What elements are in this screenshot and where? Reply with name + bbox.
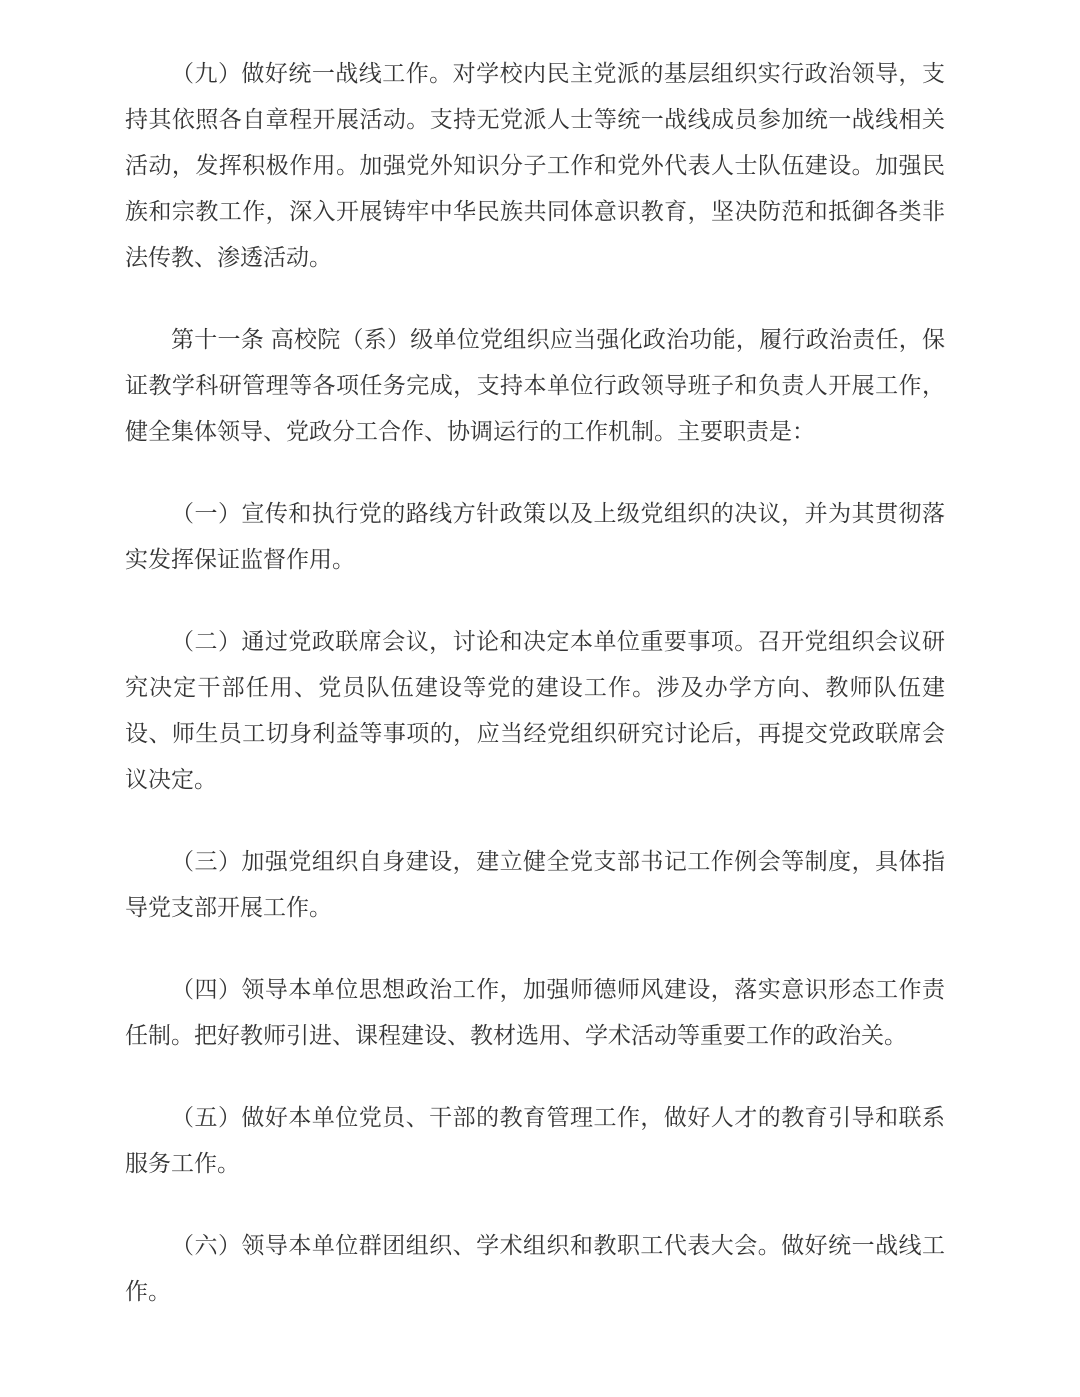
paragraph-clause-9: （九）做好统一战线工作。对学校内民主党派的基层组织实行政治领导，支持其依照各自章… [125,50,945,280]
document-body: （九）做好统一战线工作。对学校内民主党派的基层组织实行政治领导，支持其依照各自章… [125,50,945,1314]
paragraph-article-11: 第十一条 高校院（系）级单位党组织应当强化政治功能，履行政治责任，保证教学科研管… [125,316,945,454]
paragraph-item-2: （二）通过党政联席会议，讨论和决定本单位重要事项。召开党组织会议研究决定干部任用… [125,618,945,802]
paragraph-item-1: （一）宣传和执行党的路线方针政策以及上级党组织的决议，并为其贯彻落实发挥保证监督… [125,490,945,582]
paragraph-item-5: （五）做好本单位党员、干部的教育管理工作，做好人才的教育引导和联系服务工作。 [125,1094,945,1186]
document-page: （九）做好统一战线工作。对学校内民主党派的基层组织实行政治领导，支持其依照各自章… [0,0,1080,1397]
paragraph-item-6: （六）领导本单位群团组织、学术组织和教职工代表大会。做好统一战线工作。 [125,1222,945,1314]
paragraph-item-4: （四）领导本单位思想政治工作，加强师德师风建设，落实意识形态工作责任制。把好教师… [125,966,945,1058]
paragraph-item-3: （三）加强党组织自身建设，建立健全党支部书记工作例会等制度，具体指导党支部开展工… [125,838,945,930]
